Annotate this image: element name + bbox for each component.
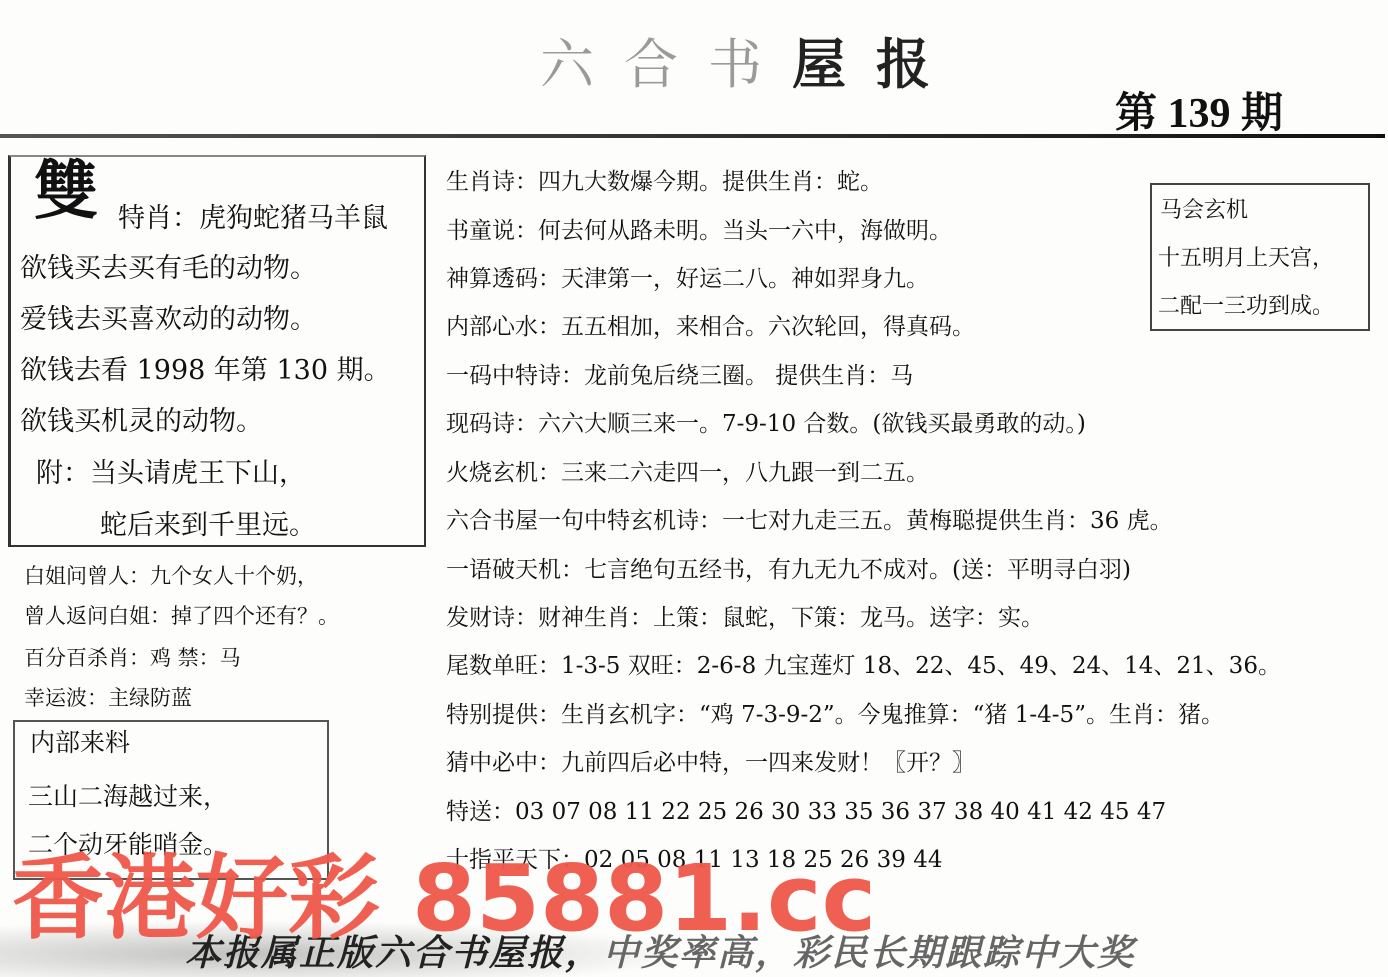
main-line: 六合书屋一句中特玄机诗：一七对九走三五。黄梅聪提供生肖：36 虎。: [446, 510, 1173, 533]
appendix-line: 蛇后来到千里远。: [100, 512, 316, 539]
inside-info-title: 内部来料: [30, 730, 130, 755]
zodiac-line: 特肖：虎狗蛇猪马羊鼠: [118, 205, 388, 232]
note-line: 幸运波：主绿防蓝: [24, 688, 192, 709]
note-line: 白姐问曾人：九个女人十个奶，: [24, 566, 318, 587]
main-line: 书童说：何去何从路未明。当头一六中，海做明。: [446, 220, 952, 243]
note-line: 曾人返问白姐：掉了四个还有？。: [24, 606, 339, 627]
main-line: 一语破天机：七言绝句五经书，有九无九不成对。(送：平明寻白羽): [446, 559, 1131, 582]
main-line: 生肖诗：四九大数爆今期。提供生肖：蛇。: [446, 171, 883, 194]
main-line: 内部心水：五五相加，来相合。六次轮回，得真码。: [446, 316, 975, 339]
header-divider: [0, 134, 1385, 138]
main-line: 猜中必中：九前四后必中特，一四来发财！〖开？〗: [446, 752, 975, 775]
note-line: 百分百杀肖：鸡 禁：马: [24, 648, 241, 669]
riddle-line: 欲钱买机灵的动物。: [20, 408, 263, 435]
main-line: 现码诗：六六大顺三来一。7-9-10 合数。(欲钱买最勇敢的动。): [446, 413, 1086, 436]
riddle-line: 欲钱去看 1998 年第 130 期。: [20, 357, 391, 384]
watermark-text: 香港好彩 85881.cc: [12, 853, 876, 945]
main-line: 尾数单旺：1-3-5 双旺：2-6-8 九宝莲灯 18、22、45、49、24、…: [446, 655, 1281, 678]
main-line: 火烧玄机：三来二六走四一，八九跟一到二五。: [446, 462, 929, 485]
main-line: 特送：03 07 08 11 22 25 26 30 33 35 36 37 3…: [446, 801, 1166, 824]
jockey-club-line: 十五明月上天宫，: [1158, 248, 1334, 270]
big-character: 雙: [34, 160, 98, 224]
jockey-club-title: 马会玄机: [1160, 200, 1248, 222]
main-line: 特别提供：生肖玄机字：“鸡 7-3-9-2”。今鬼推算：“猪 1-4-5”。生肖…: [446, 704, 1224, 727]
main-line: 发财诗：财神生肖：上策：鼠蛇，下策：龙马。送字：实。: [446, 607, 1044, 630]
title-char: 屋: [792, 33, 876, 96]
appendix-line: 附：当头请虎王下山，: [36, 460, 306, 487]
newspaper-title: 六合书屋报: [540, 22, 960, 99]
main-line: 一码中特诗：龙前兔后绕三圈。 提供生肖：马: [446, 365, 913, 388]
title-char: 六: [540, 33, 624, 96]
jockey-club-line: 二配一三功到成。: [1158, 296, 1334, 318]
title-char: 报: [876, 33, 960, 96]
issue-number: 第 139 期: [1115, 80, 1283, 140]
riddle-line: 欲钱买去买有毛的动物。: [20, 255, 317, 282]
title-char: 书: [708, 33, 792, 96]
riddle-line: 爱钱去买喜欢动的动物。: [20, 306, 317, 333]
main-line: 神算透码：天津第一，好运二八。神如羿身九。: [446, 268, 929, 291]
inside-info-line: 三山二海越过来，: [28, 784, 228, 809]
title-char: 合: [624, 33, 708, 96]
